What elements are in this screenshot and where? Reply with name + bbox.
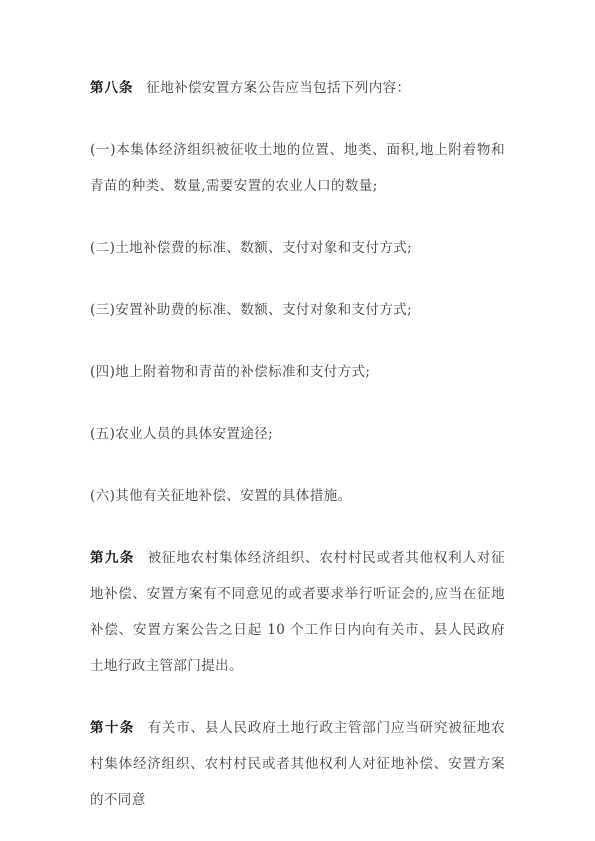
article-8-item-3-text: (三)安置补助费的标准、数额、支付对象和支付方式; — [90, 302, 412, 318]
article-10-text: 有关市、县人民政府土地行政主管部门应当研究被征地农村集体经济组织、农村村民或者其… — [90, 720, 505, 808]
article-8-heading: 第八条征地补偿安置方案公告应当包括下列内容： — [90, 70, 505, 106]
article-8-item-5-text: (五)农业人员的具体安置途径; — [90, 426, 273, 442]
article-8-item-6-text: (六)其他有关征地补偿、安置的具体措施。 — [90, 488, 352, 504]
article-8-item-6: (六)其他有关征地补偿、安置的具体措施。 — [90, 478, 505, 514]
article-9-number: 第九条 — [90, 550, 135, 566]
article-8-heading-text: 征地补偿安置方案公告应当包括下列内容： — [146, 80, 410, 96]
article-8-item-1: (一)本集体经济组织被征收土地的位置、地类、面积,地上附着物和青苗的种类、数量,… — [90, 132, 505, 204]
article-8-item-5: (五)农业人员的具体安置途径; — [90, 416, 505, 452]
article-8-item-4: (四)地上附着物和青苗的补偿标准和支付方式; — [90, 354, 505, 390]
article-10-paragraph: 第十条有关市、县人民政府土地行政主管部门应当研究被征地农村集体经济组织、农村村民… — [90, 710, 505, 818]
article-8-item-3: (三)安置补助费的标准、数额、支付对象和支付方式; — [90, 292, 505, 328]
article-8-item-2: (二)土地补偿费的标准、数额、支付对象和支付方式; — [90, 230, 505, 266]
document-page: 第八条征地补偿安置方案公告应当包括下列内容： (一)本集体经济组织被征收土地的位… — [0, 0, 595, 841]
article-9-paragraph: 第九条被征地农村集体经济组织、农村村民或者其他权利人对征地补偿、安置方案有不同意… — [90, 540, 505, 684]
article-9-text: 被征地农村集体经济组织、农村村民或者其他权利人对征地补偿、安置方案有不同意见的或… — [90, 550, 505, 674]
article-8-item-2-text: (二)土地补偿费的标准、数额、支付对象和支付方式; — [90, 240, 412, 256]
article-8-number: 第八条 — [90, 80, 134, 96]
article-8-item-4-text: (四)地上附着物和青苗的补偿标准和支付方式; — [90, 364, 370, 380]
article-8-item-1-text: (一)本集体经济组织被征收土地的位置、地类、面积,地上附着物和青苗的种类、数量,… — [90, 142, 505, 194]
article-10-number: 第十条 — [90, 720, 135, 736]
